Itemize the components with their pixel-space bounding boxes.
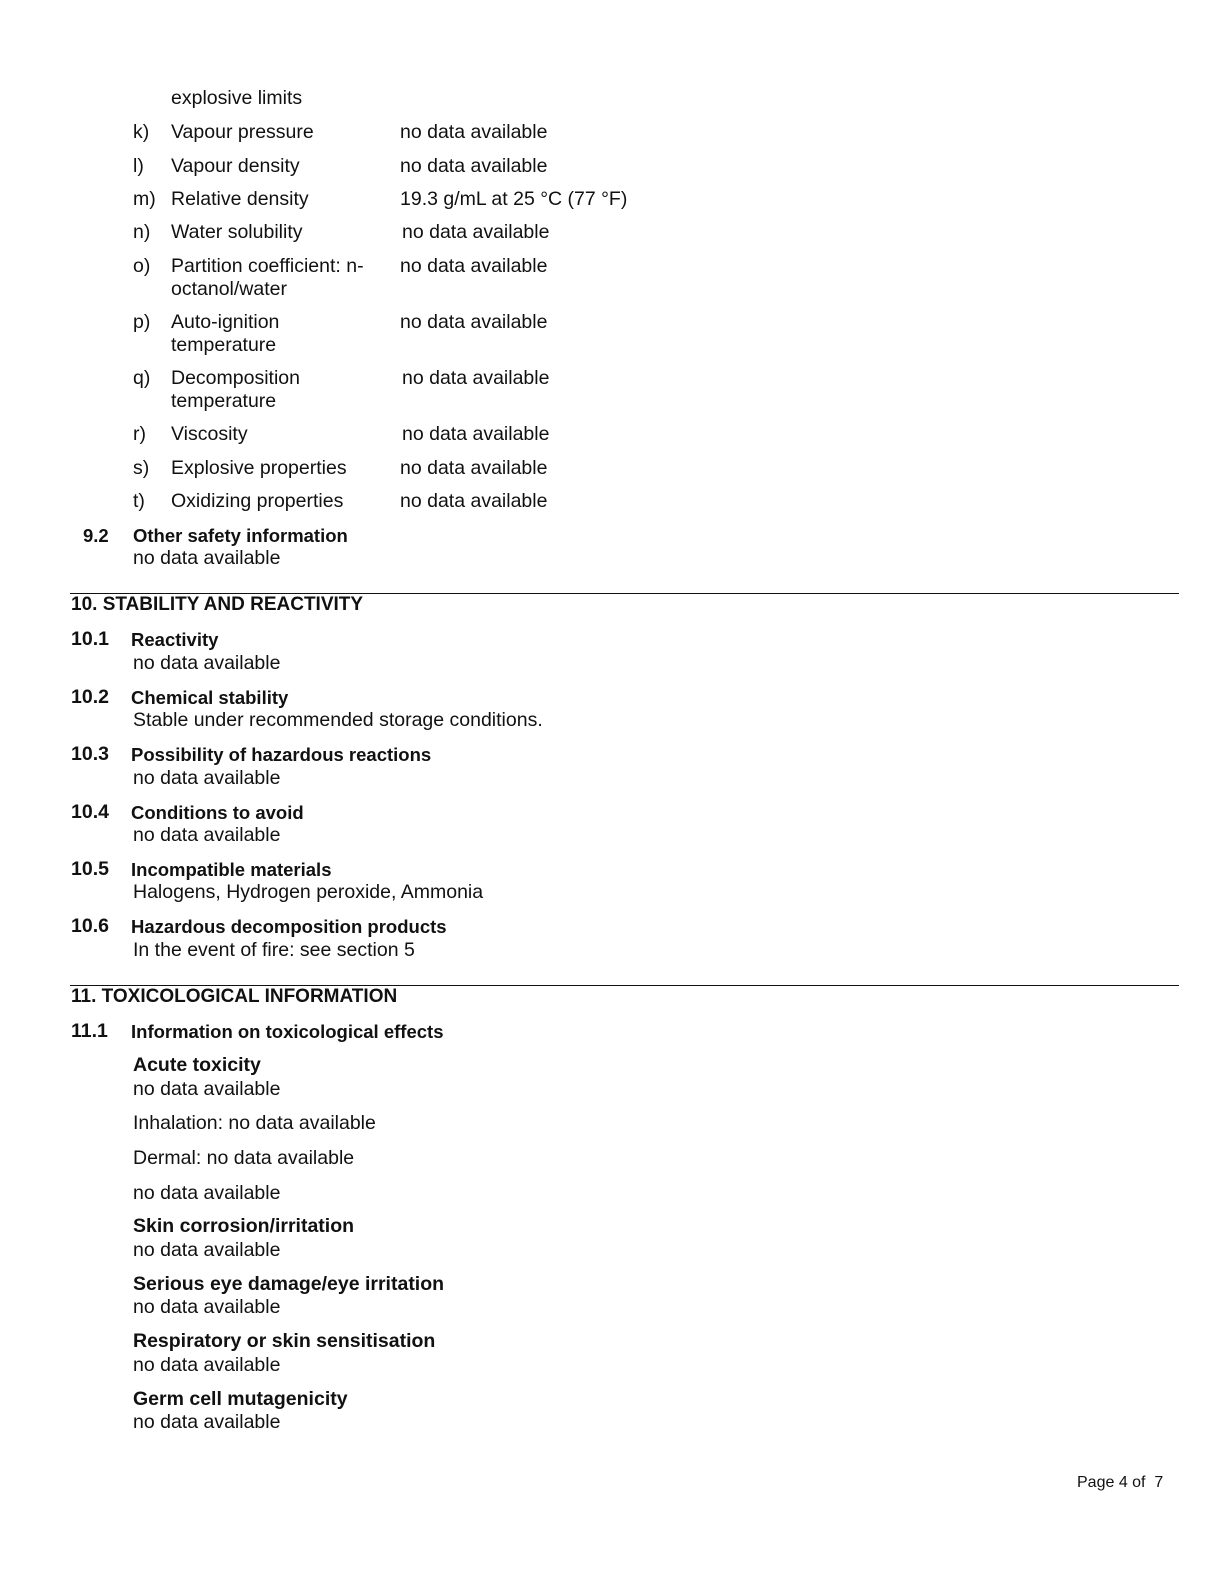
row-letter: q) <box>133 367 150 390</box>
row-letter: m) <box>133 188 156 211</box>
row-label-line2: temperature <box>171 334 276 357</box>
subsection-title: Incompatible materials <box>131 858 331 881</box>
block-line: no data available <box>133 1078 280 1101</box>
row-label: Vapour pressure <box>171 121 314 144</box>
block-title: Serious eye damage/eye irritation <box>133 1273 444 1296</box>
block-line: Inhalation: no data available <box>133 1112 376 1135</box>
block-title: Respiratory or skin sensitisation <box>133 1330 435 1353</box>
row-letter: t) <box>133 490 145 513</box>
subsection-number: 11.1 <box>71 1020 108 1043</box>
block-line: Dermal: no data available <box>133 1147 354 1170</box>
subsection-number: 10.6 <box>71 915 109 938</box>
subsection-text: no data available <box>133 547 280 570</box>
subsection-number: 10.5 <box>71 858 109 881</box>
subsection-title: Possibility of hazardous reactions <box>131 743 431 766</box>
row-value: no data available <box>402 221 549 244</box>
subsection-title: Chemical stability <box>131 686 288 709</box>
row-label: Decomposition <box>171 367 300 390</box>
row-label: Water solubility <box>171 221 302 244</box>
row-value: no data available <box>402 423 549 446</box>
row-value: no data available <box>402 367 549 390</box>
subsection-title: Other safety information <box>133 524 348 547</box>
block-text: no data available <box>133 1296 280 1319</box>
row-label: Viscosity <box>171 423 248 446</box>
subsection-text: no data available <box>133 652 280 675</box>
row-label-line2: temperature <box>171 390 276 413</box>
block-title: Germ cell mutagenicity <box>133 1388 348 1411</box>
row-label-line2: octanol/water <box>171 278 287 301</box>
property-label-continuation: explosive limits <box>171 87 302 110</box>
row-letter: p) <box>133 311 150 334</box>
subsection-title: Reactivity <box>131 628 218 651</box>
section-heading-11: 11. TOXICOLOGICAL INFORMATION <box>71 985 397 1008</box>
subsection-text: Halogens, Hydrogen peroxide, Ammonia <box>133 881 483 904</box>
row-label: Partition coefficient: n- <box>171 255 364 278</box>
subsection-title: Hazardous decomposition products <box>131 915 447 938</box>
block-title: Acute toxicity <box>133 1054 261 1077</box>
subsection-text: In the event of fire: see section 5 <box>133 939 415 962</box>
block-text: no data available <box>133 1354 280 1377</box>
block-text: no data available <box>133 1239 280 1262</box>
subsection-title: Information on toxicological effects <box>131 1020 443 1043</box>
subsection-text: no data available <box>133 824 280 847</box>
row-label: Explosive properties <box>171 457 347 480</box>
row-value: no data available <box>400 311 547 334</box>
row-letter: n) <box>133 221 150 244</box>
subsection-text: no data available <box>133 767 280 790</box>
block-title: Skin corrosion/irritation <box>133 1215 354 1238</box>
row-letter: r) <box>133 423 146 446</box>
row-letter: s) <box>133 457 149 480</box>
row-value: no data available <box>400 457 547 480</box>
block-line: no data available <box>133 1182 280 1205</box>
row-value: no data available <box>400 255 547 278</box>
subsection-text: Stable under recommended storage conditi… <box>133 709 543 732</box>
subsection-number: 10.4 <box>71 801 109 824</box>
block-text: no data available <box>133 1411 280 1434</box>
row-value: no data available <box>400 155 547 178</box>
row-value: no data available <box>400 121 547 144</box>
subsection-number: 10.3 <box>71 743 109 766</box>
subsection-number: 10.1 <box>71 628 109 651</box>
row-letter: o) <box>133 255 150 278</box>
row-label: Oxidizing properties <box>171 490 343 513</box>
row-label: Auto-ignition <box>171 311 279 334</box>
row-value: 19.3 g/mL at 25 °C (77 °F) <box>400 188 627 211</box>
section-heading-10: 10. STABILITY AND REACTIVITY <box>71 593 363 616</box>
row-letter: l) <box>133 155 144 178</box>
page-number: Page 4 of 7 <box>1077 1471 1163 1494</box>
row-label: Vapour density <box>171 155 300 178</box>
row-letter: k) <box>133 121 149 144</box>
row-value: no data available <box>400 490 547 513</box>
subsection-number: 10.2 <box>71 686 109 709</box>
subsection-number: 9.2 <box>83 524 109 547</box>
subsection-title: Conditions to avoid <box>131 801 304 824</box>
row-label: Relative density <box>171 188 309 211</box>
